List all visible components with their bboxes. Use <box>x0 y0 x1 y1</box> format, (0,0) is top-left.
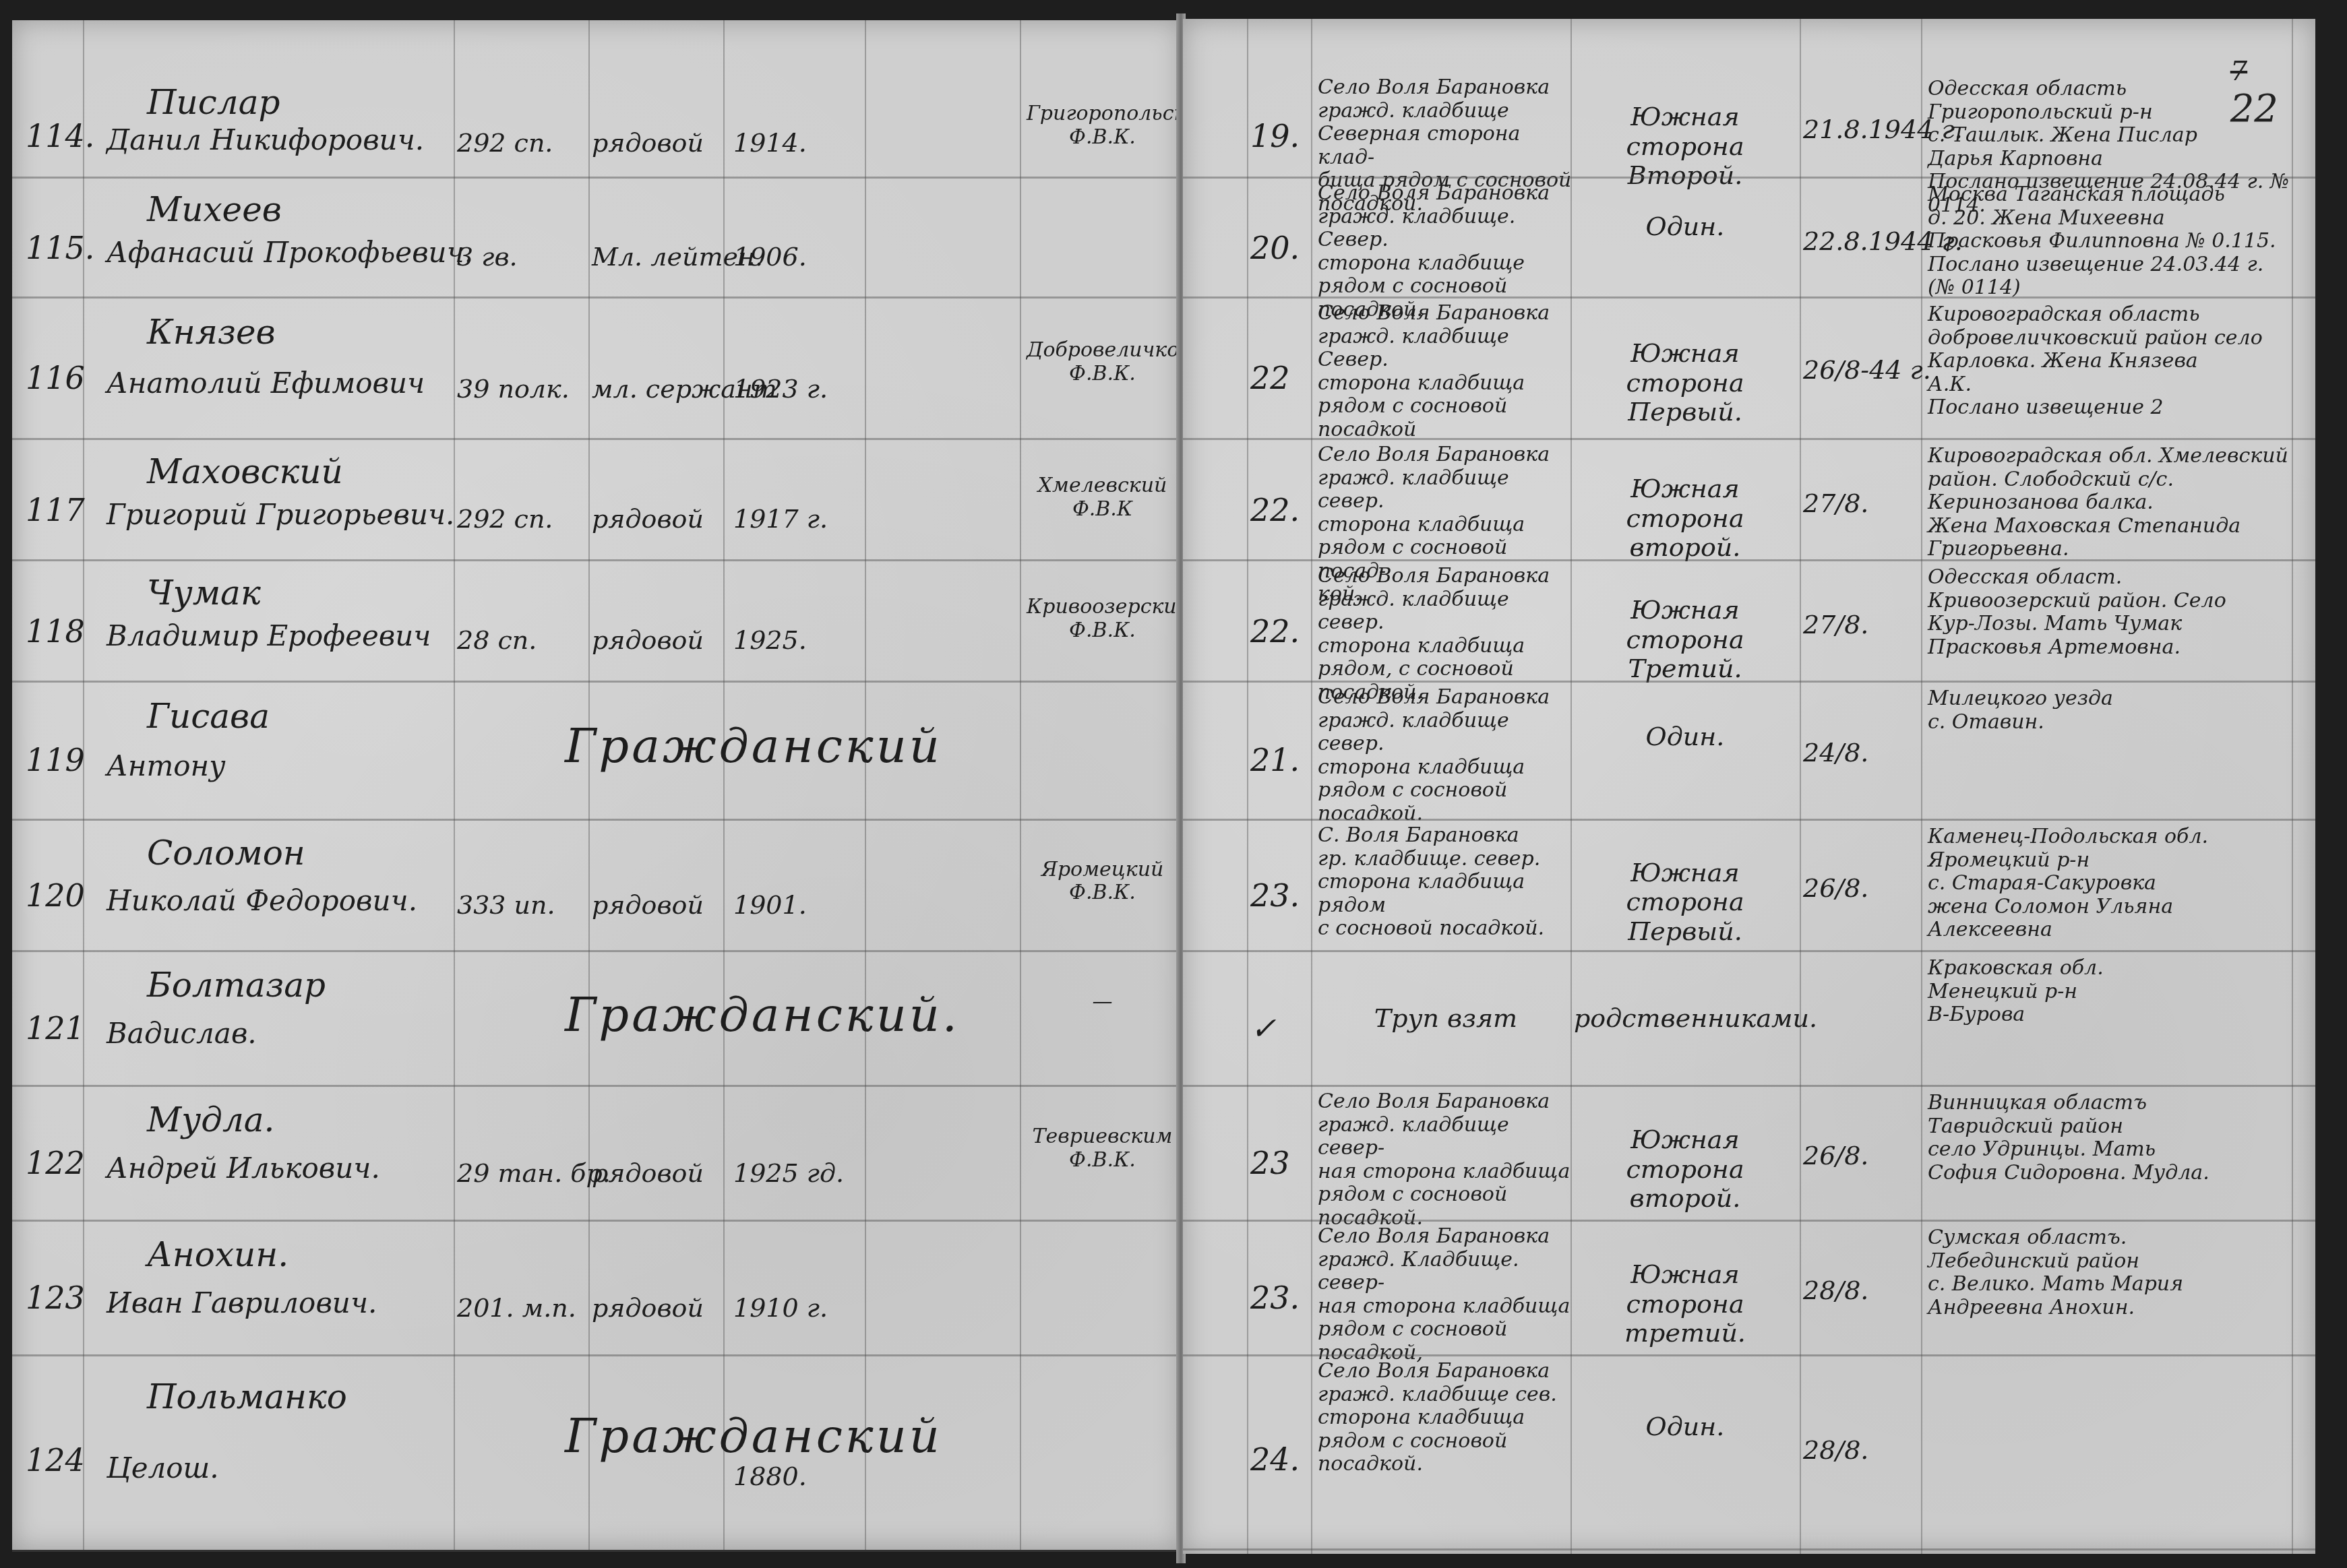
ledger-row-left: 116 Князев Анатолий Ефимович 39 полк. мл… <box>12 296 1182 438</box>
row-divider <box>12 1550 1182 1552</box>
grave-position: Южная сторона второй. <box>1574 474 1796 563</box>
burial-place: Село Воля Барановка гражд. Кладбище. сев… <box>1318 1225 1574 1365</box>
relatives-address: Милецкого уезда с. Отавин. <box>1928 687 2292 734</box>
relatives-address: Одесская област. Кривоозерский район. Се… <box>1928 566 2292 659</box>
grave-position: Южная сторона второй. <box>1574 1125 1796 1214</box>
ledger-row-right: 23 Село Воля Барановка гражд. кладбище с… <box>1183 1085 2315 1220</box>
ledger-row-left: 122 Мудла. Андрей Илькович. 29 тан. бр. … <box>12 1085 1182 1220</box>
given-names: Николай Федорович. <box>106 885 417 917</box>
rank: Гражданский <box>565 719 942 774</box>
grave-number: ✓ <box>1250 1011 1277 1046</box>
right-page: 7 22 19. Село Воля Барановка гражд. клад… <box>1183 19 2315 1554</box>
surname: Мудла. <box>147 1101 274 1140</box>
surname: Князев <box>147 313 276 352</box>
birth-year: 1914. <box>733 129 807 158</box>
given-names: Данил Никифорович. <box>106 124 424 156</box>
entry-number: 116 <box>26 360 85 396</box>
grave-position: Один. <box>1574 1412 1796 1442</box>
surname: Соломон <box>147 834 305 873</box>
given-names: Вадислав. <box>106 1017 257 1050</box>
entry-number: 114. <box>26 119 94 154</box>
ledger-row-right: 22. Село Воля Барановка гражд. кладбище … <box>1183 559 2315 681</box>
given-names: Иван Гаврилович. <box>106 1287 377 1319</box>
entry-number: 122 <box>26 1146 85 1181</box>
surname: Польманко <box>147 1378 347 1417</box>
grave-position: Один. <box>1574 212 1796 242</box>
grave-number: 22 <box>1250 360 1290 396</box>
relatives-address: Москва Таганская площадь д. 20. Жена Мих… <box>1928 183 2292 300</box>
birth-year: 1901. <box>733 891 807 920</box>
given-names: Целош. <box>106 1452 219 1484</box>
relatives-address: Винницкая областъ Тавридский район село … <box>1928 1092 2292 1185</box>
burial-place: Село Воля Барановка гражд. кладбище севе… <box>1318 1090 1574 1230</box>
entry-number: 123 <box>26 1280 85 1316</box>
grave-number: 22. <box>1250 493 1300 528</box>
birth-year: 1925 гд. <box>733 1159 844 1189</box>
birth-year: 1906. <box>733 243 807 272</box>
ledger-row-left: 121 Болтазар Вадислав. Гражданский. — <box>12 950 1182 1085</box>
surname: Анохин. <box>147 1236 288 1275</box>
entry-number: 117 <box>26 493 85 528</box>
military-unit: 29 тан. бр. <box>457 1159 611 1189</box>
burial-date: 26/8-44 г. <box>1803 356 1931 385</box>
ledger-row-right: 23. С. Воля Барановка гр. кладбище. севе… <box>1183 819 2315 950</box>
ledger-row-left: 119 Гисава Антону Гражданский <box>12 681 1182 819</box>
birth-year: 1910 г. <box>733 1294 828 1323</box>
grave-position: Южная сторона Первый. <box>1574 339 1796 427</box>
birth-year: 1880. <box>733 1462 807 1492</box>
surname: Михеев <box>147 191 282 230</box>
military-unit: 333 ип. <box>457 891 555 920</box>
ledger-row-right: 19. Село Воля Барановка гражд. кладбище … <box>1183 71 2315 177</box>
ledger-row-left: 124 Польманко Целош. Гражданский 1880. <box>12 1354 1182 1550</box>
given-names: Григорий Григорьевич. <box>106 499 454 531</box>
grave-number: 23 <box>1250 1146 1290 1181</box>
burial-date: 27/8. <box>1803 610 1868 640</box>
ledger-row-left: 118 Чумак Владимир Ерофеевич 28 сп. рядо… <box>12 559 1182 681</box>
birth-year: 1925. <box>733 626 807 656</box>
commissariat: Тевриевским Ф.В.К. <box>1027 1125 1178 1172</box>
grave-position: Южная сторона Первый. <box>1574 858 1796 947</box>
grave-number: 23. <box>1250 878 1300 914</box>
commissariat: Григоропольский Ф.В.К. <box>1027 102 1178 149</box>
rank: рядовой <box>592 1294 704 1323</box>
rank: Гражданский <box>565 1409 942 1464</box>
grave-position: родственниками. <box>1574 1004 1796 1034</box>
burial-date: 28/8. <box>1803 1436 1868 1466</box>
commissariat: — <box>1027 991 1178 1014</box>
commissariat: Яромецкий Ф.В.К. <box>1027 858 1178 905</box>
relatives-address: Каменец-Подольская обл. Яромецкий р-н с.… <box>1928 825 2292 942</box>
commissariat: Кривоозерский Ф.В.К. <box>1027 596 1178 642</box>
grave-position: Один. <box>1574 722 1796 752</box>
ledger-row-right: 22 Село Воля Барановка гражд. кладбище С… <box>1183 296 2315 438</box>
ledger-row-right: ✓ Труп взят родственниками. Краковская о… <box>1183 950 2315 1085</box>
ledger-row-left: 120 Соломон Николай Федорович. 333 ип. р… <box>12 819 1182 950</box>
ledger-row-right: 24. Село Воля Барановка гражд. кладбище … <box>1183 1354 2315 1548</box>
relatives-address: Кировоградская область добровеличковский… <box>1928 303 2292 420</box>
grave-number: 20. <box>1250 230 1300 266</box>
commissariat: Добровеличковским Ф.В.К. <box>1027 339 1178 385</box>
given-names: Анатолий Ефимович <box>106 367 425 400</box>
surname: Чумак <box>147 574 261 613</box>
given-names: Афанасий Прокофьевич. <box>106 237 473 269</box>
entry-number: 120 <box>26 878 85 914</box>
entry-number: 121 <box>26 1011 85 1046</box>
military-unit: 3 гв. <box>457 243 518 272</box>
ledger-row-left: 115. Михеев Афанасий Прокофьевич. 3 гв. … <box>12 177 1182 296</box>
ledger-row-right: 22. Село Воля Барановка гражд. кладбище … <box>1183 438 2315 559</box>
rank: рядовой <box>592 1159 704 1189</box>
military-unit: 201. м.п. <box>457 1294 576 1323</box>
entry-number: 124 <box>26 1443 85 1478</box>
relatives-address: Сумская областъ. Лебединский район с. Ве… <box>1928 1226 2292 1319</box>
rank: рядовой <box>592 891 704 920</box>
military-unit: 28 сп. <box>457 626 537 656</box>
grave-number: 22. <box>1250 614 1300 650</box>
entry-number: 119 <box>26 743 85 778</box>
burial-place: Труп взят <box>1318 1004 1574 1034</box>
entry-number: 115. <box>26 230 94 266</box>
burial-place: Село Воля Барановка гражд. кладбище сев.… <box>1318 1360 1574 1476</box>
rank: рядовой <box>592 129 704 158</box>
burial-place: С. Воля Барановка гр. кладбище. север. с… <box>1318 824 1574 941</box>
birth-year: 1923 г. <box>733 375 828 404</box>
birth-year: 1917 г. <box>733 505 828 534</box>
grave-number: 23. <box>1250 1280 1300 1316</box>
grave-position: Южная сторона третий. <box>1574 1260 1796 1348</box>
rank: рядовой <box>592 505 704 534</box>
surname: Пислар <box>147 84 280 123</box>
relatives-address: Краковская обл. Менецкий р-н В-Бурова <box>1928 957 2292 1027</box>
given-names: Антону <box>106 750 226 782</box>
surname: Маховский <box>147 453 343 492</box>
grave-number: 24. <box>1250 1442 1300 1478</box>
ledger-row-left: 117 Маховский Григорий Григорьевич. 292 … <box>12 438 1182 559</box>
given-names: Андрей Илькович. <box>106 1152 380 1185</box>
burial-place: Село Воля Барановка гражд. кладбище Севе… <box>1318 302 1574 441</box>
burial-date: 26/8. <box>1803 874 1868 904</box>
military-unit: 39 полк. <box>457 375 570 404</box>
ledger-row-right: 23. Село Воля Барановка гражд. Кладбище.… <box>1183 1220 2315 1354</box>
left-page: 114. Пислар Данил Никифорович. 292 сп. р… <box>12 20 1182 1550</box>
relatives-address: Кировоградская обл. Хмелевский район. Сл… <box>1928 445 2292 561</box>
burial-date: 27/8. <box>1803 489 1868 519</box>
rank: рядовой <box>592 626 704 656</box>
grave-number: 21. <box>1250 743 1300 778</box>
entry-number: 118 <box>26 614 85 650</box>
commissariat: Хмелевский Ф.В.К <box>1027 474 1178 521</box>
rank: Гражданский. <box>565 988 960 1042</box>
burial-date: 28/8. <box>1803 1276 1868 1306</box>
burial-place: Село Воля Барановка гражд. кладбище севе… <box>1318 686 1574 825</box>
grave-position: Южная сторона Третий. <box>1574 596 1796 684</box>
given-names: Владимир Ерофеевич <box>106 620 431 652</box>
ledger-row-right: 21. Село Воля Барановка гражд. кладбище … <box>1183 681 2315 819</box>
ledger-row-right: 20. Село Воля Барановка гражд. кладбище.… <box>1183 177 2315 296</box>
surname: Болтазар <box>147 966 326 1005</box>
ledger-row-left: 123 Анохин. Иван Гаврилович. 201. м.п. р… <box>12 1220 1182 1354</box>
military-unit: 292 сп. <box>457 505 553 534</box>
grave-number: 19. <box>1250 119 1300 154</box>
ledger-row-left: 114. Пислар Данил Никифорович. 292 сп. р… <box>12 71 1182 177</box>
burial-date: 24/8. <box>1803 739 1868 768</box>
burial-date: 26/8. <box>1803 1141 1868 1171</box>
military-unit: 292 сп. <box>457 129 553 158</box>
row-divider <box>1183 1548 2315 1550</box>
surname: Гисава <box>147 697 270 736</box>
